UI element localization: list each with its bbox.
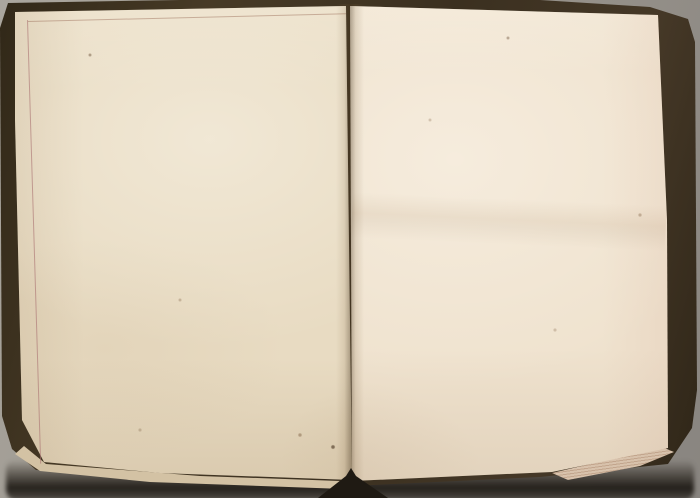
paper-specks <box>0 0 700 498</box>
book-photo <box>0 0 700 498</box>
